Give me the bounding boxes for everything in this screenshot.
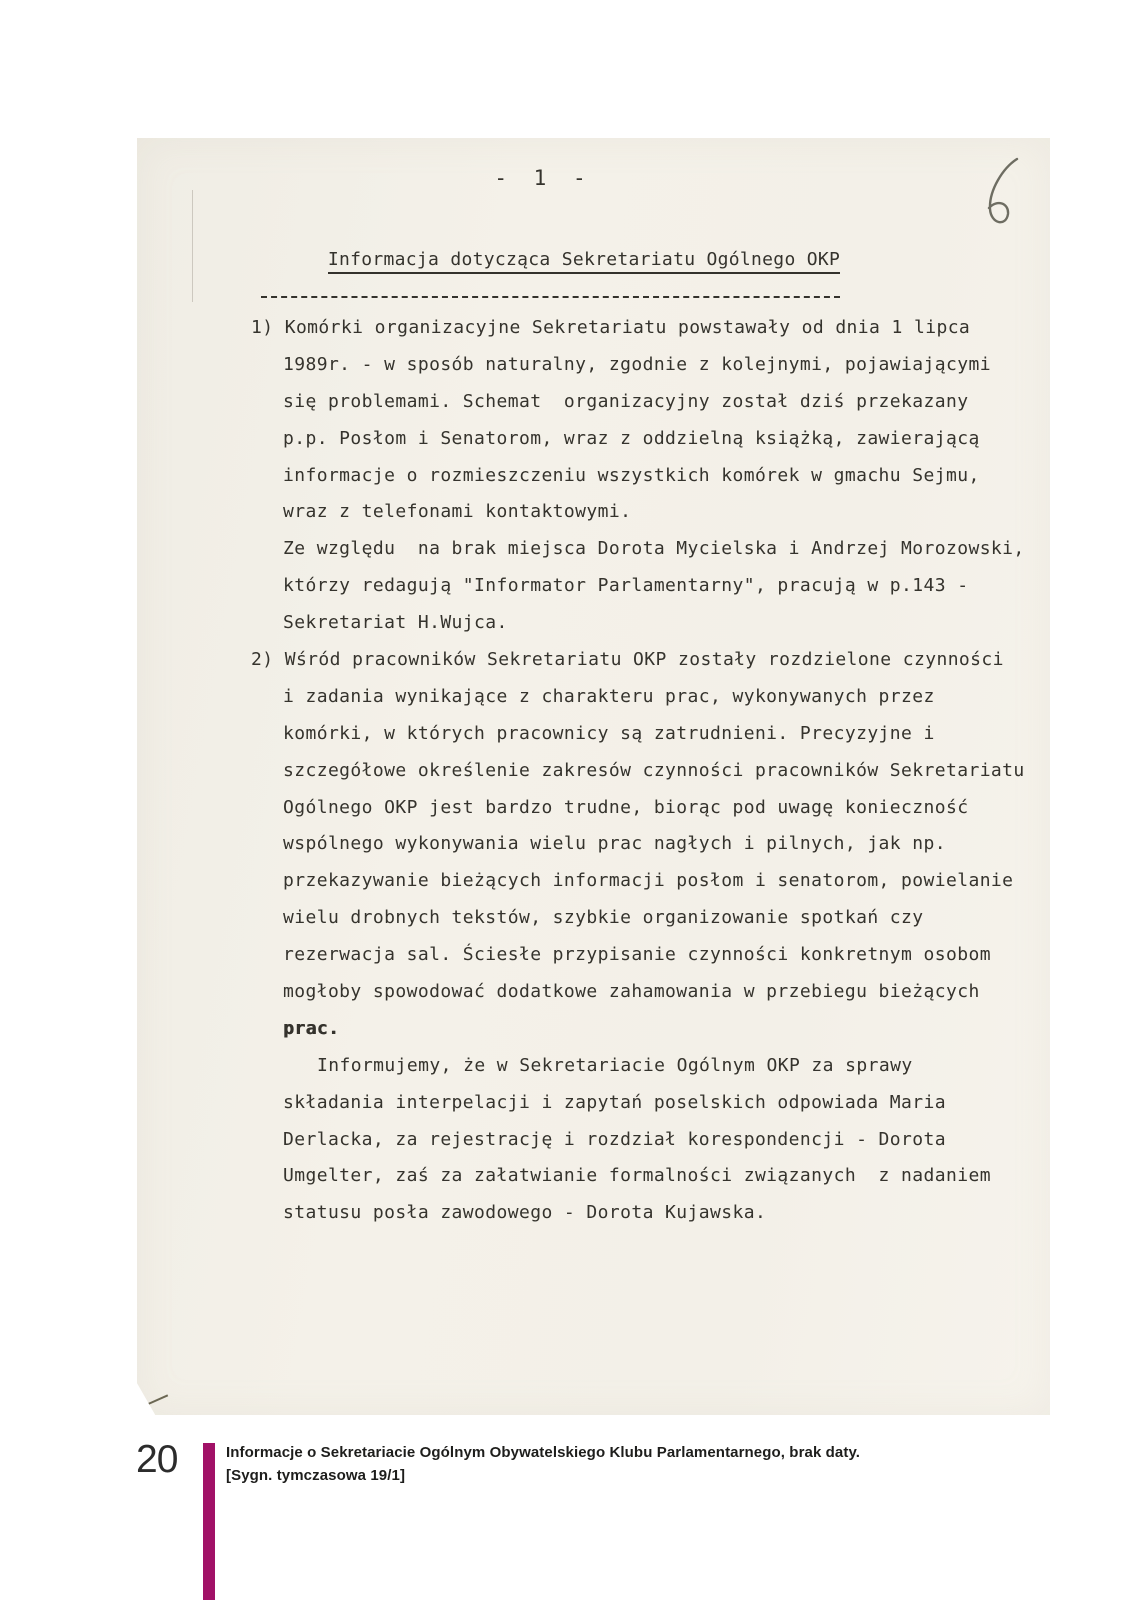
document-title: Informacja dotycząca Sekretariatu Ogólne… — [261, 228, 840, 298]
document-line: i zadania wynikające z charakteru prac, … — [283, 679, 1041, 716]
pencil-corner-mark — [142, 1394, 168, 1407]
document-title-text: Informacja dotycząca Sekretariatu Ogólne… — [328, 249, 840, 274]
caption-footer: Informacje o Sekretariacie Ogólnym Obywa… — [226, 1441, 986, 1487]
document-line: prac. — [283, 1011, 1041, 1048]
handwritten-numeral-6 — [977, 156, 1023, 238]
document-line: Ze względu na brak miejsca Dorota Myciel… — [283, 531, 1041, 568]
paper-crease — [192, 190, 193, 302]
document-line: się problemami. Schemat organizacyjny zo… — [283, 384, 1041, 421]
document-line: informacje o rozmieszczeniu wszystkich k… — [283, 458, 1041, 495]
document-line: przekazywanie bieżących informacji posło… — [283, 863, 1041, 900]
caption-line-2: [Sygn. tymczasowa 19/1] — [226, 1464, 986, 1487]
book-page-number: 20 — [136, 1438, 196, 1482]
typed-page-number: - 1 - — [137, 166, 1050, 190]
document-line: rezerwacja sal. Ściesłe przypisanie czyn… — [283, 937, 1041, 974]
document-line: p.p. Posłom i Senatorom, wraz z oddzieln… — [283, 421, 1041, 458]
document-line: statusu posła zawodowego - Dorota Kujaws… — [283, 1195, 1041, 1232]
document-page: - 1 - Informacja dotycząca Sekretariatu … — [137, 138, 1050, 1415]
document-line: 1989r. - w sposób naturalny, zgodnie z k… — [283, 347, 1041, 384]
document-line: którzy redagują "Informator Parlamentarn… — [283, 568, 1041, 605]
document-line: Umgelter, zaś za załatwianie formalności… — [283, 1158, 1041, 1195]
document-line: wspólnego wykonywania wielu prac nagłych… — [283, 826, 1041, 863]
document-line: Derlacka, za rejestrację i rozdział kore… — [283, 1122, 1041, 1159]
document-line: szczegółowe określenie zakresów czynnośc… — [283, 753, 1041, 790]
accent-bar — [203, 1443, 215, 1600]
document-line: 1) Komórki organizacyjne Sekretariatu po… — [251, 310, 1041, 347]
document-line: komórki, w których pracownicy są zatrudn… — [283, 716, 1041, 753]
document-line: wielu drobnych tekstów, szybkie organizo… — [283, 900, 1041, 937]
document-line: 2) Wśród pracowników Sekretariatu OKP zo… — [251, 642, 1041, 679]
document-line: wraz z telefonami kontaktowymi. — [283, 494, 1041, 531]
document-line: Informujemy, że w Sekretariacie Ogólnym … — [317, 1048, 1041, 1085]
document-line: Ogólnego OKP jest bardzo trudne, biorąc … — [283, 790, 1041, 827]
caption-line-1: Informacje o Sekretariacie Ogólnym Obywa… — [226, 1441, 986, 1464]
document-line: Sekretariat H.Wujca. — [283, 605, 1041, 642]
scanned-page-view: - 1 - Informacja dotycząca Sekretariatu … — [0, 0, 1131, 1600]
document-body: 1) Komórki organizacyjne Sekretariatu po… — [251, 310, 1041, 1232]
document-line: składania interpelacji i zapytań poselsk… — [283, 1085, 1041, 1122]
document-line: mogłoby spowodować dodatkowe zahamowania… — [283, 974, 1041, 1011]
